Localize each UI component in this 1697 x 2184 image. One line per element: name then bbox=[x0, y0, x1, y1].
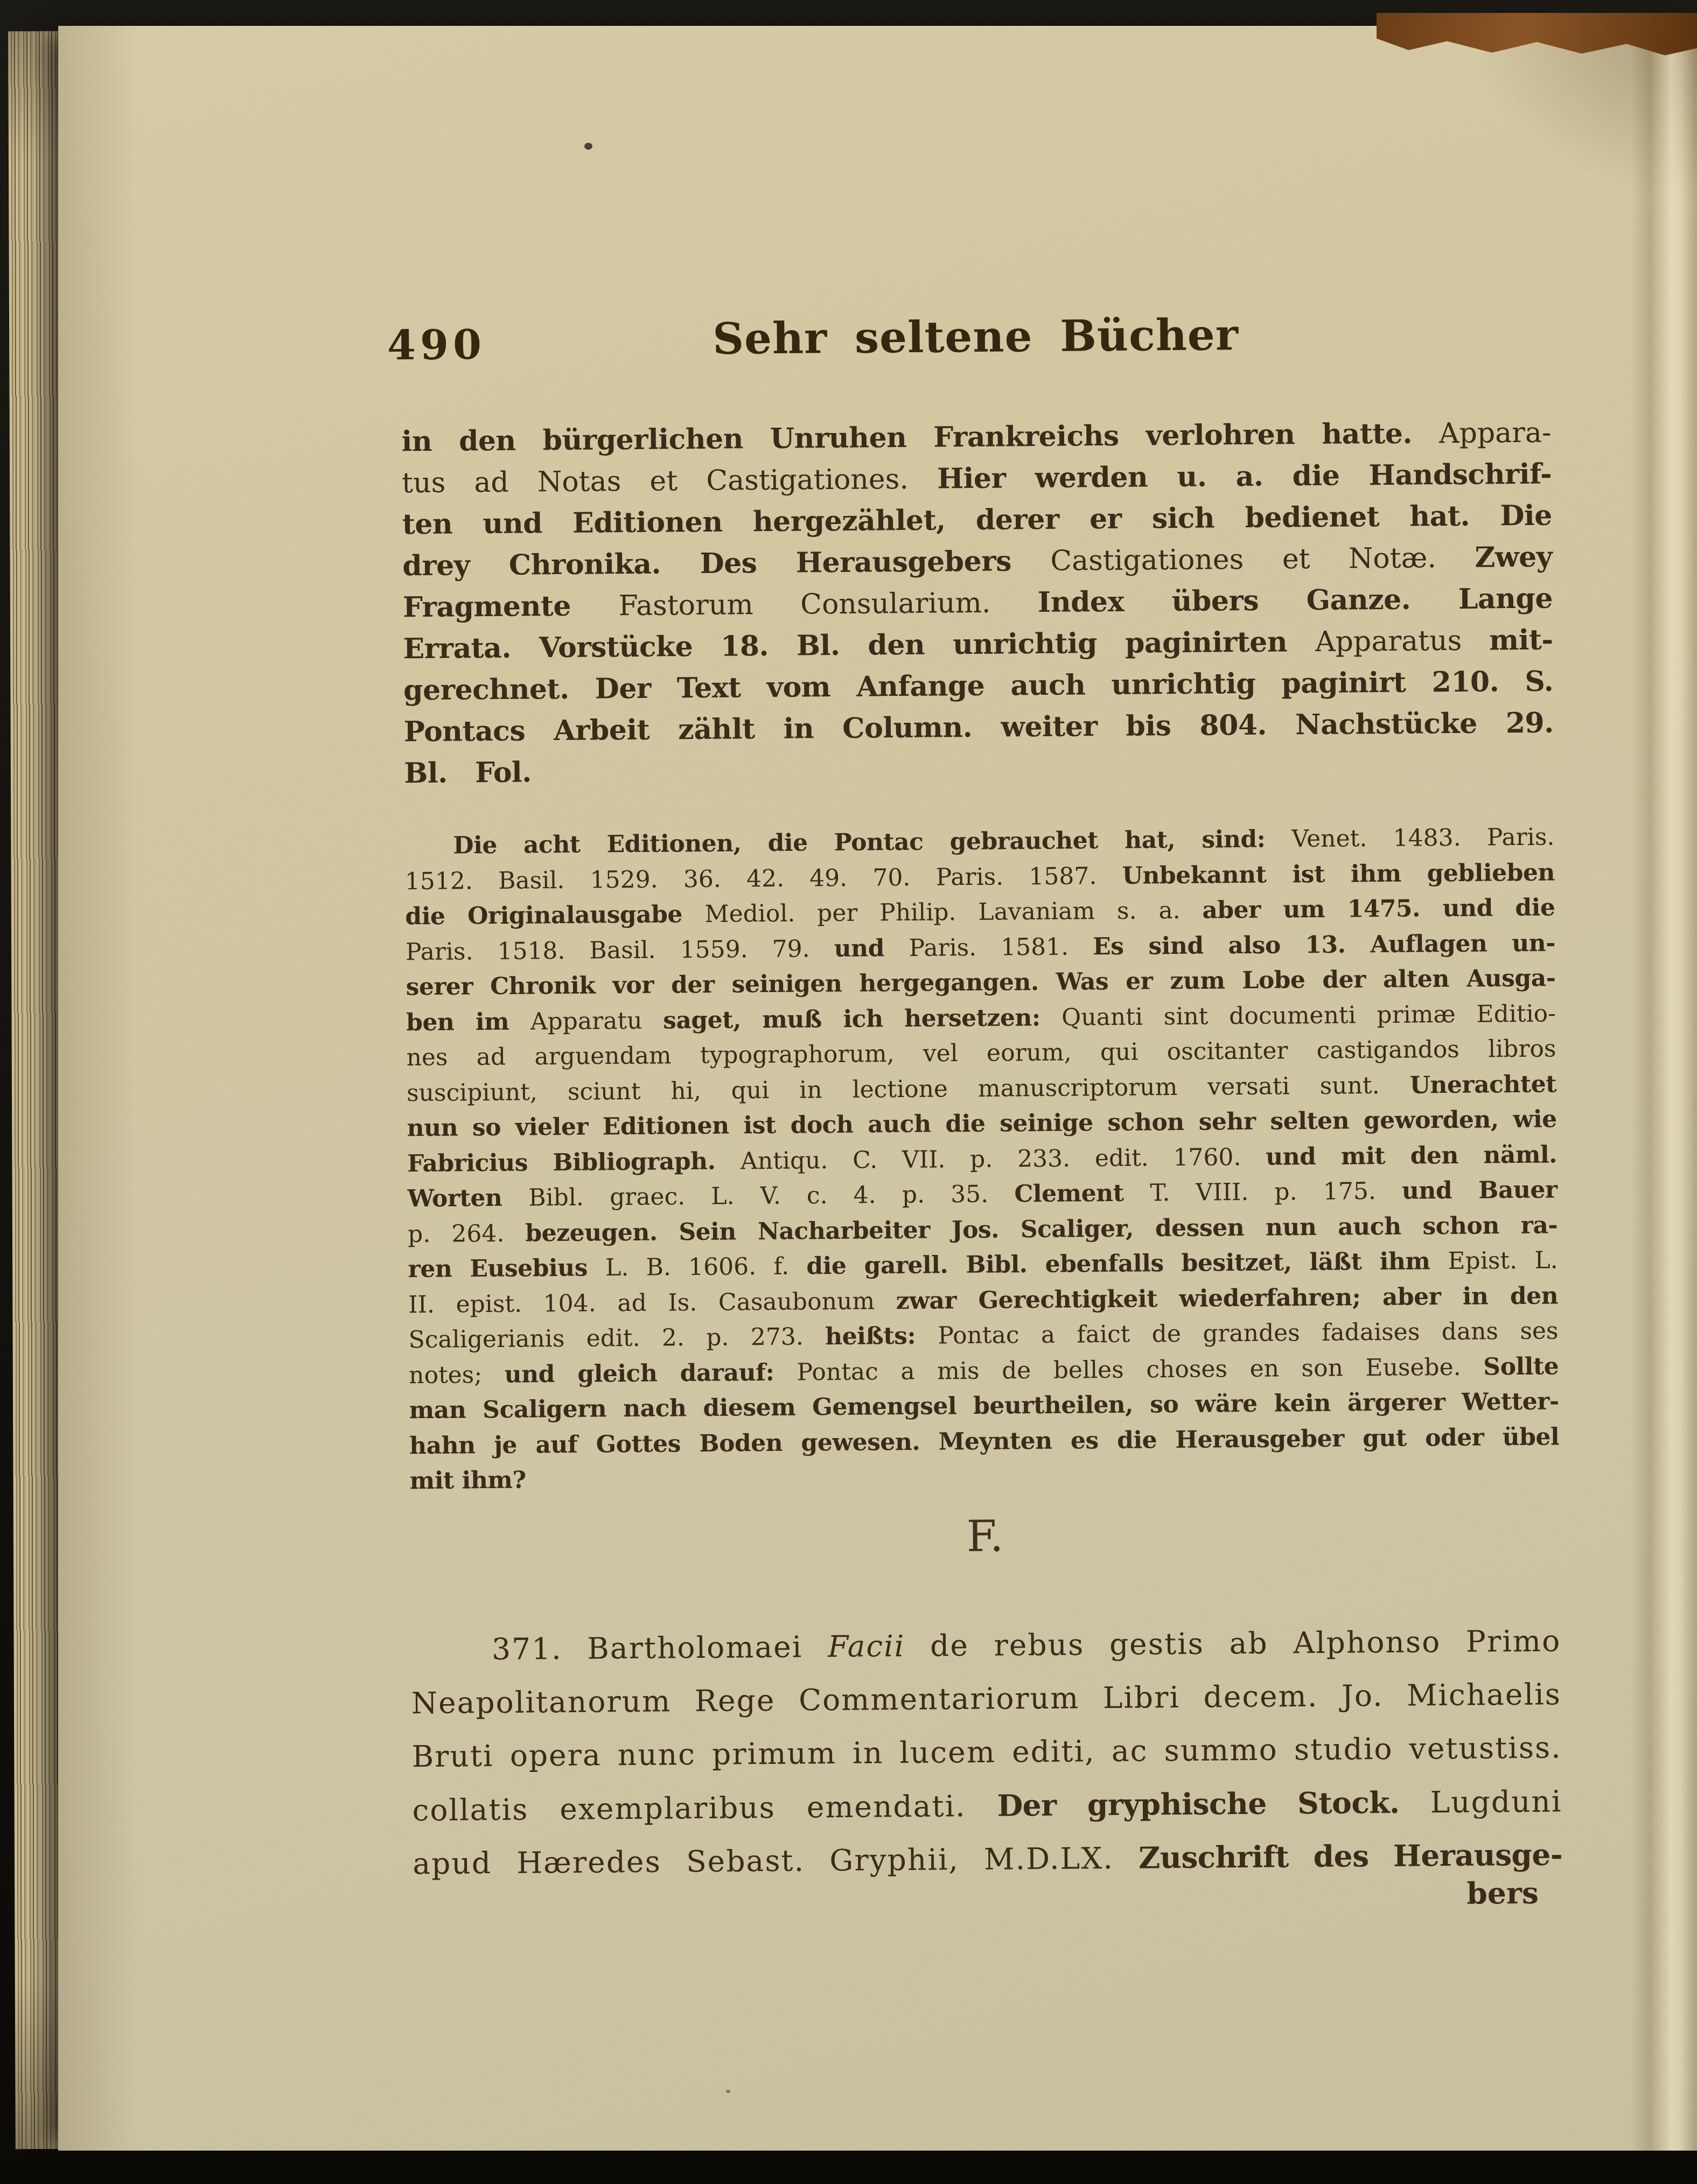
antiqua-text: Quanti sint documenti primæ Editio- bbox=[1062, 1000, 1556, 1031]
antiqua-text: Appara- bbox=[1439, 417, 1552, 450]
text-line: 371. Bartholomaei Facii de rebus gestis … bbox=[411, 1614, 1561, 1677]
antiqua-text: Epist. L. bbox=[1448, 1246, 1558, 1275]
fraktur-text: mit- bbox=[1489, 624, 1553, 657]
italic-text: Facii bbox=[828, 1629, 930, 1664]
fraktur-text: Worten bbox=[407, 1184, 528, 1212]
fraktur-text: aber um 1475. und die bbox=[1202, 894, 1555, 924]
fraktur-text: Zuschrift des Herausge- bbox=[1139, 1837, 1563, 1875]
fraktur-text: und mit den näml. bbox=[1266, 1141, 1557, 1170]
fraktur-text: Bl. Fol. bbox=[404, 756, 532, 790]
antiqua-text: nes ad arguendam typographorum, vel eoru… bbox=[406, 1035, 1556, 1071]
antiqua-text: notes; bbox=[409, 1360, 505, 1388]
antiqua-text: de rebus gestis ab Alphonso Primo bbox=[930, 1623, 1561, 1663]
antiqua-text: Venet. 1483. Paris. bbox=[1291, 824, 1554, 853]
fraktur-text: hahn je auf Gottes Boden gewesen. Meynte… bbox=[409, 1423, 1559, 1460]
antiqua-text: L. B. 1606. f. bbox=[605, 1252, 807, 1281]
paragraph-main: in den bürgerlichen Unruhen Frankreichs … bbox=[401, 412, 1554, 794]
antiqua-text: Apparatu bbox=[530, 1007, 664, 1035]
antiqua-text: Paris. 1518. Basil. 1559. 79. bbox=[406, 935, 834, 966]
antiqua-text: 1512. Basil. 1529. 36. 42. 49. 70. Paris… bbox=[405, 862, 1122, 895]
antiqua-text: Fastorum Consularium. bbox=[618, 587, 1038, 622]
book-scan: 490 Sehr seltene Bücher in den bürgerlic… bbox=[0, 0, 1697, 2184]
fraktur-text: ren Eusebius bbox=[408, 1254, 605, 1283]
fraktur-text: ten und Editionen hergezählet, derer er … bbox=[402, 499, 1552, 541]
fraktur-text: nun so vieler Editionen ist doch auch di… bbox=[407, 1105, 1556, 1142]
antiqua-text: suscipiunt, sciunt hi, qui in lectione m… bbox=[407, 1071, 1410, 1107]
fraktur-text: Errata. Vorstücke 18. Bl. den unrichtig … bbox=[403, 625, 1315, 665]
fraktur-text: Unbekannt ist ihm geblieben bbox=[1122, 859, 1555, 889]
fraktur-text: und bbox=[834, 934, 909, 962]
antiqua-text: Bibl. graec. L. V. c. 4. p. 35. bbox=[528, 1180, 1014, 1211]
book-page: 490 Sehr seltene Bücher in den bürgerlic… bbox=[58, 26, 1697, 2151]
antiqua-text: 371. Bartholomaei bbox=[492, 1629, 828, 1666]
fraktur-text: Die acht Editionen, die Pontac gebrauche… bbox=[453, 825, 1291, 859]
fraktur-text: bezeugen. Sein Nacharbeiter Jos. Scalige… bbox=[525, 1211, 1558, 1247]
fraktur-text: die garell. Bibl. ebenfalls besitzet, lä… bbox=[806, 1247, 1448, 1280]
fraktur-text: ben im bbox=[406, 1008, 530, 1036]
fraktur-text: und gleich darauf: bbox=[504, 1358, 797, 1388]
antiqua-text: Mediol. per Philip. Lavaniam s. a. bbox=[704, 897, 1202, 928]
fraktur-text: Fragmente bbox=[403, 589, 619, 624]
antiqua-text: Bruti opera nunc primum in lucem editi, … bbox=[411, 1730, 1561, 1774]
fraktur-text: Sollte bbox=[1483, 1352, 1559, 1380]
section-letter: F. bbox=[410, 1506, 1560, 1566]
fraktur-text: und Bauer bbox=[1402, 1176, 1558, 1204]
text-line: collatis exemplaribus emendati. Der gryp… bbox=[412, 1774, 1562, 1837]
antiqua-text: collatis exemplaribus emendati. bbox=[412, 1789, 997, 1828]
fraktur-text: Index übers Ganze. Lange bbox=[1038, 582, 1553, 619]
fraktur-text: Zwey bbox=[1475, 541, 1553, 574]
fraktur-text: in den bürgerlichen Unruhen Frankreichs … bbox=[401, 417, 1439, 458]
page-edges-stack bbox=[8, 31, 65, 2149]
fraktur-text: Der gryphische Stock. bbox=[997, 1784, 1430, 1823]
printed-content: 490 Sehr seltene Bücher in den bürgerlic… bbox=[55, 15, 1697, 2152]
fraktur-text: Es sind also 13. Auflagen un- bbox=[1093, 929, 1555, 960]
antiqua-text: Lugduni bbox=[1430, 1784, 1562, 1819]
fraktur-text: Unerachtet bbox=[1409, 1070, 1556, 1099]
antiqua-text: Pontac a faict de grandes fadaises dans … bbox=[938, 1317, 1559, 1349]
fraktur-text: gerechnet. Der Text vom Anfange auch unr… bbox=[403, 665, 1553, 707]
antiqua-text: apud Hæredes Sebast. Gryphii, M.D.LX. bbox=[413, 1841, 1139, 1881]
antiqua-text: Paris. 1581. bbox=[909, 933, 1093, 962]
fraktur-text: man Scaligern nach diesem Gemengsel beur… bbox=[409, 1387, 1559, 1424]
antiqua-text: Scaligerianis edit. 2. p. 273. bbox=[408, 1323, 825, 1353]
fraktur-text: Pontacs Arbeit zählt in Column. weiter b… bbox=[404, 707, 1554, 749]
text-line: Bruti opera nunc primum in lucem editi, … bbox=[411, 1721, 1562, 1783]
antiqua-text: tus ad Notas et Castigationes. bbox=[402, 463, 937, 499]
fraktur-text: mit ihm? bbox=[410, 1467, 526, 1495]
text-line: Neapolitanorum Rege Commentariorum Libri… bbox=[411, 1667, 1562, 1730]
antiqua-text: p. 264. bbox=[408, 1219, 526, 1248]
entry-371: 371. Bartholomaei Facii de rebus gestis … bbox=[411, 1614, 1563, 1890]
running-title: Sehr seltene Bücher bbox=[401, 307, 1551, 367]
fraktur-text: drey Chronika. Des Herausgebers bbox=[402, 545, 1050, 582]
antiqua-text: Antiqu. C. VII. p. 233. edit. 1760. bbox=[741, 1143, 1266, 1175]
fraktur-text: heißts: bbox=[825, 1322, 938, 1351]
antiqua-text: Castigationes et Notæ. bbox=[1050, 542, 1475, 577]
fraktur-text: Clement bbox=[1014, 1179, 1150, 1208]
antiqua-text: Pontac a mis de belles choses en son Eus… bbox=[797, 1353, 1483, 1386]
fraktur-text: Hier werden u. a. die Handschrif- bbox=[937, 458, 1552, 496]
antiqua-text: Neapolitanorum Rege Commentariorum Libri… bbox=[411, 1677, 1561, 1720]
fraktur-text: zwar Gerechtigkeit wiederfahren; aber in… bbox=[896, 1282, 1558, 1315]
fraktur-text: die Originalausgabe bbox=[405, 901, 704, 930]
antiqua-text: II. epist. 104. ad Is. Casaubonum bbox=[408, 1287, 896, 1318]
antiqua-text: Apparatus bbox=[1315, 624, 1489, 658]
paragraph-editions-note: Die acht Editionen, die Pontac gebrauche… bbox=[404, 820, 1560, 1499]
antiqua-text: T. VIII. p. 175. bbox=[1150, 1177, 1402, 1207]
fraktur-text: saget, muß ich hersetzen: bbox=[663, 1003, 1062, 1034]
fraktur-text: Fabricius Bibliograph. bbox=[407, 1147, 741, 1177]
fraktur-text: serer Chronik vor der seinigen hergegang… bbox=[406, 964, 1555, 1001]
